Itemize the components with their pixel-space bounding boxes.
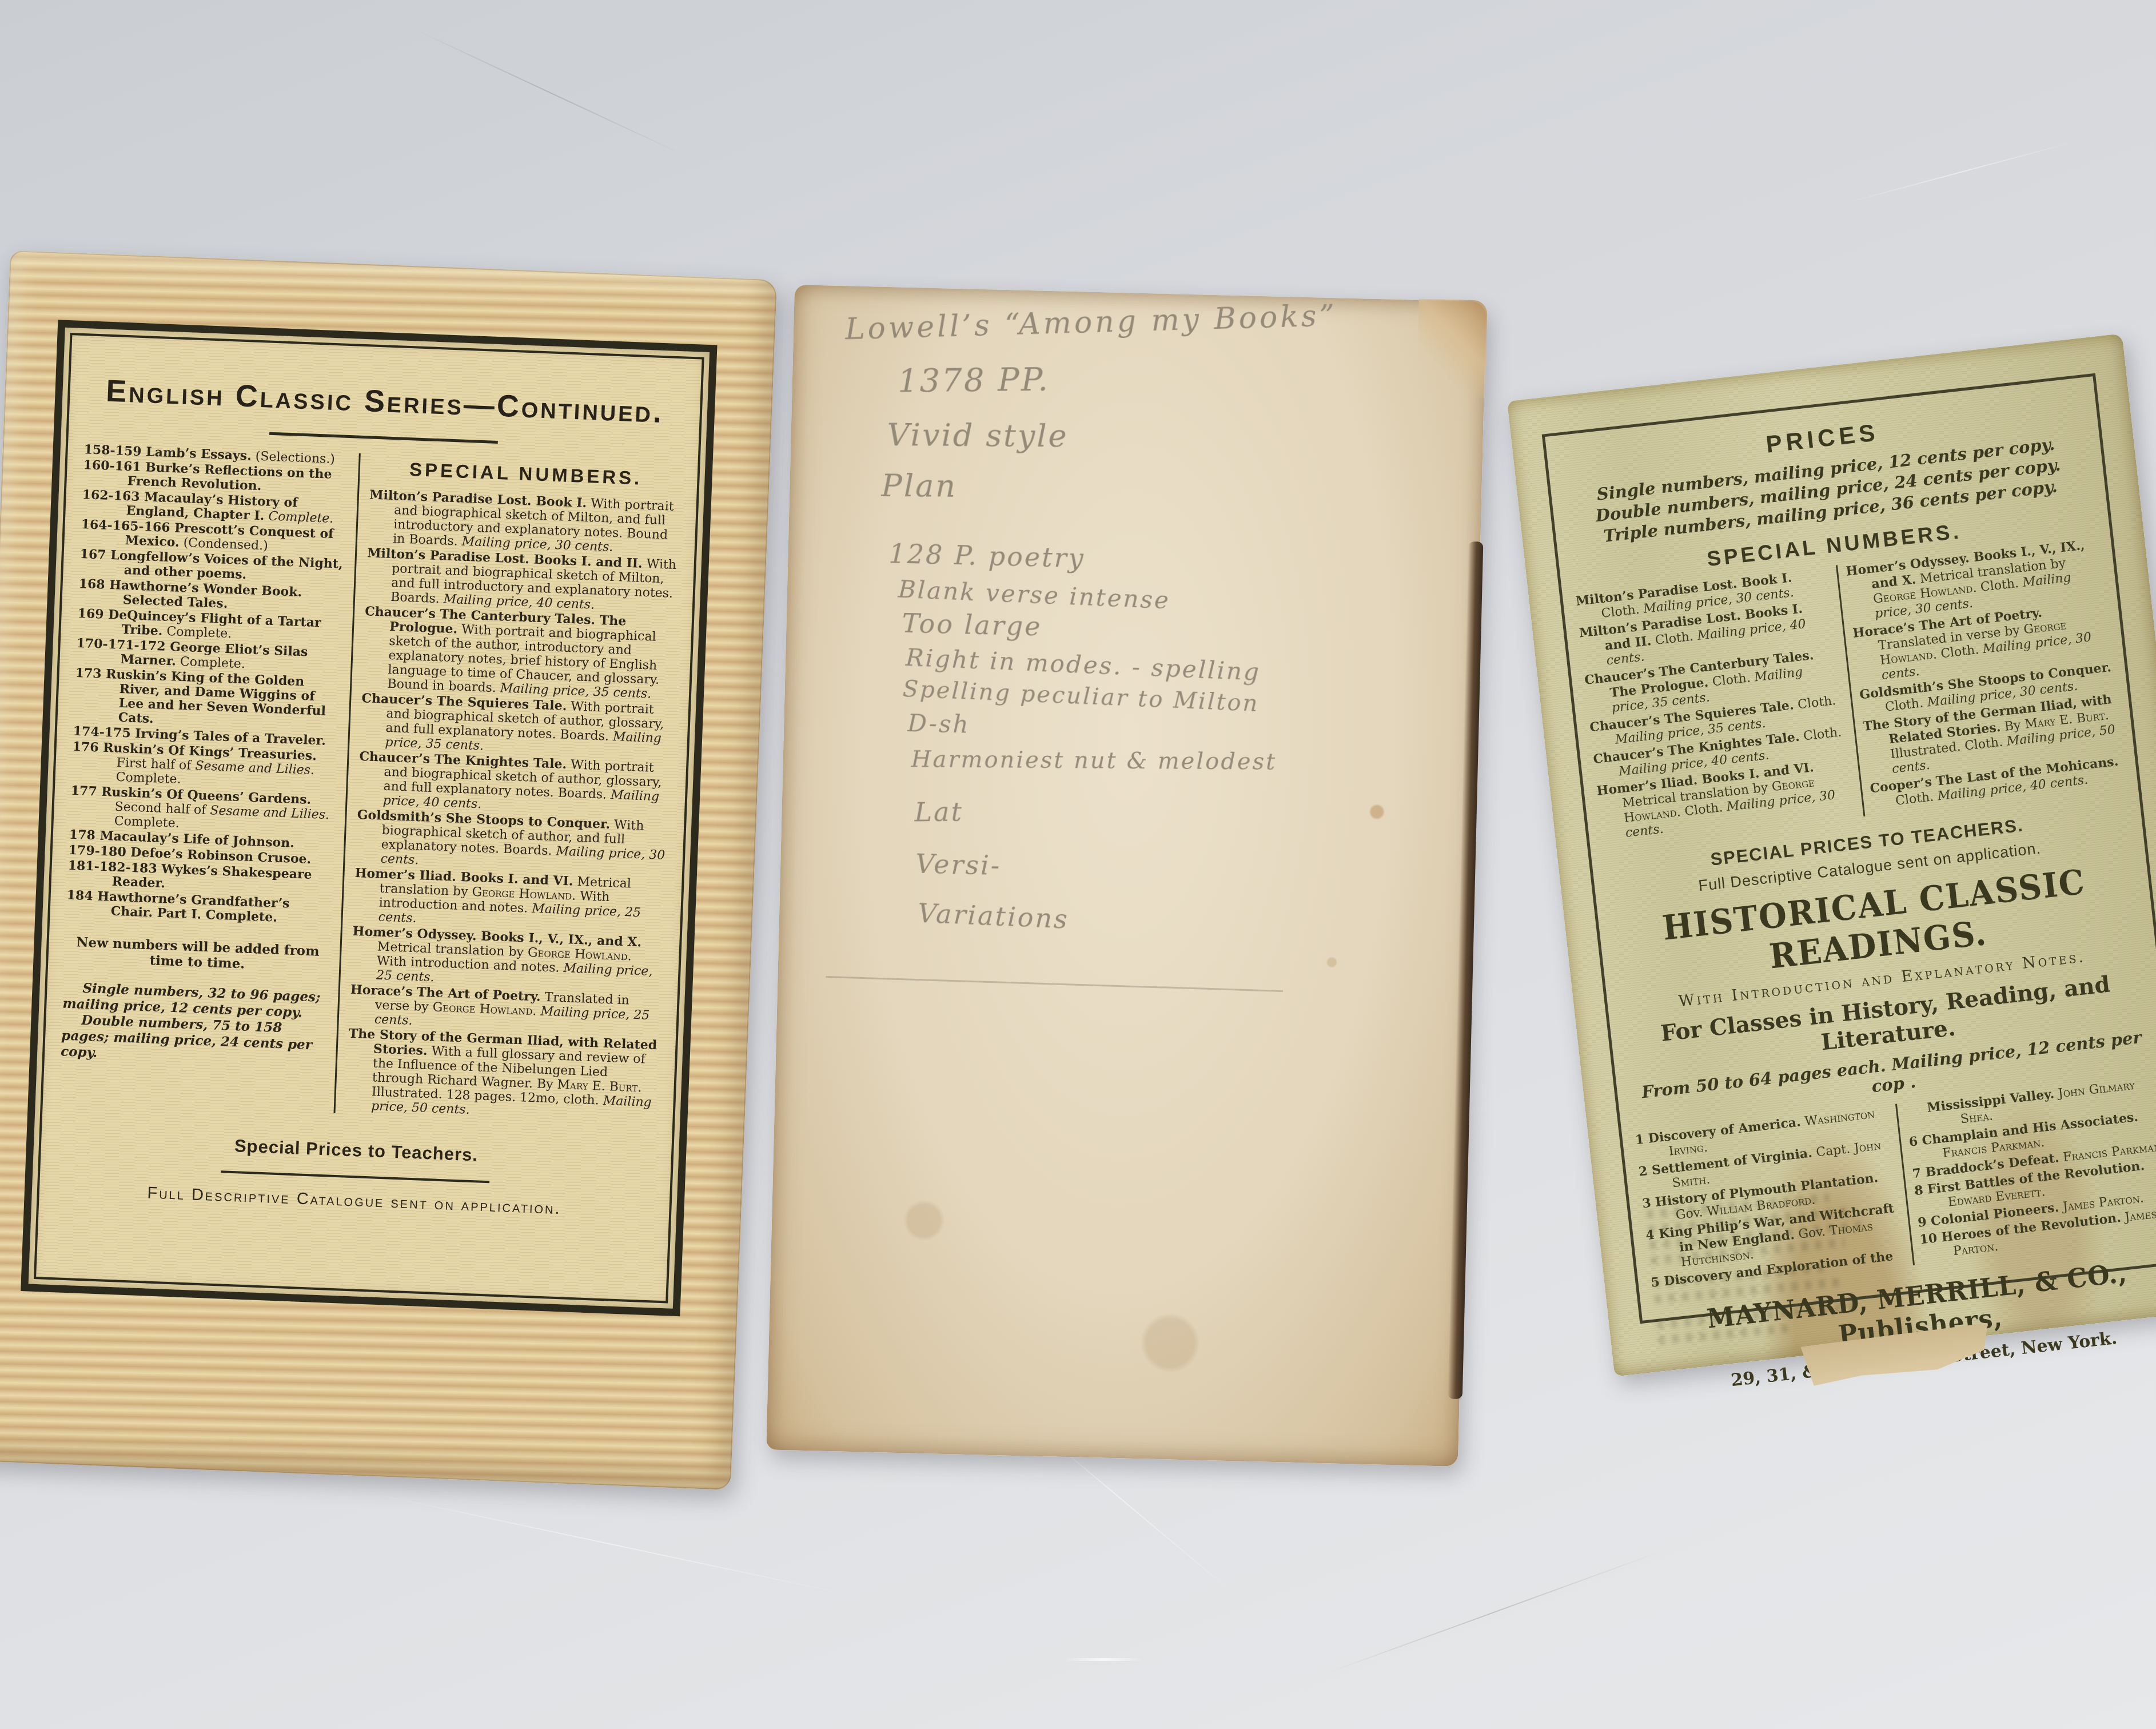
special-numbers-item: Goldsmith’s She Stoops to Conquer. With … [355, 808, 668, 877]
special-numbers-item: Milton’s Paradise Lost. Books I. and II.… [365, 546, 678, 615]
special-numbers-item: Chaucer’s The Squieres Tale. With portra… [360, 691, 672, 760]
handwritten-line: Versi- [915, 848, 1421, 891]
special-numbers-column: SPECIAL NUMBERS. Milton’s Paradise Lost.… [336, 453, 682, 1126]
left-book: English Classic Series—Continued. 158-15… [0, 250, 777, 1490]
title-rule [269, 432, 498, 444]
surface-scratch [1325, 1552, 1659, 1674]
readings-right: Mississippi Valley. John Gilmary Shea.6 … [1896, 1075, 2156, 1265]
special-numbers-item: Homer’s Iliad. Books I. and VI. Metrical… [353, 866, 665, 935]
special-numbers-columns: Milton’s Paradise Lost. Book I. Cloth. M… [1575, 536, 2126, 845]
new-numbers-note: New numbers will be added from time to t… [70, 934, 325, 975]
surface-scratch [360, 1490, 864, 1598]
left-book-footer: Special Prices to Teachers. Full Descrip… [55, 1129, 655, 1222]
special-numbers-left: Milton’s Paradise Lost. Book I. Cloth. M… [1575, 565, 1863, 846]
special-numbers-right: Homer’s Odyssey. Books I., V., IX., and … [1837, 536, 2125, 816]
handwritten-line: Lowell’s “Among my Books” [844, 296, 1434, 346]
teachers-price-note: Special Prices to Teachers. [57, 1129, 656, 1172]
left-book-frame: English Classic Series—Continued. 158-15… [21, 320, 717, 1316]
surface-scratch [414, 29, 684, 156]
special-numbers-item: Homer’s Odyssey. Books I., V., IX., and … [351, 925, 664, 994]
handwritten-line: 128 P. poetry [888, 538, 1429, 582]
series-list-item: 173 Ruskin’s King of the Golden River, a… [73, 666, 341, 734]
handwritten-line: Variations [917, 898, 1420, 950]
handwritten-line: Lat [914, 791, 1422, 827]
handwritten-line: Harmoniest nut & melodest [911, 746, 1424, 776]
series-list-column: 158-159 Lamb’s Essays. (Selections.)160-… [59, 443, 359, 1113]
left-book-page: English Classic Series—Continued. 158-15… [34, 333, 704, 1303]
special-numbers-list: Milton’s Paradise Lost. Book I. With por… [346, 488, 680, 1124]
surface-scratch [1063, 1658, 1143, 1661]
ghost-showthrough-line [1657, 1302, 1863, 1329]
ghost-showthrough [1647, 1185, 1927, 1351]
pricing-line: Double numbers, 75 to 158 pages; mailing… [61, 1011, 328, 1070]
right-book: PRICES Single numbers, mailing price, 12… [1507, 333, 2156, 1376]
pencil-line [826, 976, 1283, 992]
catalogue-note: Full Descriptive Catalogue sent on appli… [55, 1180, 653, 1222]
special-numbers-item: Chaucer’s The Canterbury Tales. The Prol… [362, 604, 676, 702]
left-book-title: English Classic Series—Continued. [86, 372, 685, 431]
page-block-edge [1448, 541, 1484, 1399]
special-numbers-item: The Story of the German Iliad, with Rela… [346, 1027, 660, 1125]
handwritten-line: Plan [881, 468, 1430, 508]
special-numbers-heading: SPECIAL NUMBERS. [370, 457, 682, 491]
surface-scratch [1845, 141, 2077, 204]
photo-surface: English Classic Series—Continued. 158-15… [0, 0, 2156, 1729]
series-list: 158-159 Lamb’s Essays. (Selections.)160-… [66, 443, 350, 927]
middle-book: Lowell’s “Among my Books”1378 PP.Vivid s… [766, 285, 1486, 1467]
special-numbers-item: Chaucer’s The Knightes Tale. With portra… [357, 750, 670, 819]
footer-rule [221, 1170, 489, 1183]
special-numbers-item: Milton’s Paradise Lost. Book I. With por… [368, 488, 680, 557]
pricing-note: Single numbers, 32 to 96 pages; mailing … [61, 980, 329, 1070]
right-book-frame: PRICES Single numbers, mailing price, 12… [1542, 373, 2156, 1324]
handwritten-line: Vivid style [887, 417, 1431, 457]
handwritten-line: 1378 PP. [898, 357, 1433, 400]
left-book-columns: 158-159 Lamb’s Essays. (Selections.)160-… [59, 443, 682, 1125]
handwritten-notes: Lowell’s “Among my Books”1378 PP.Vivid s… [796, 291, 1435, 941]
